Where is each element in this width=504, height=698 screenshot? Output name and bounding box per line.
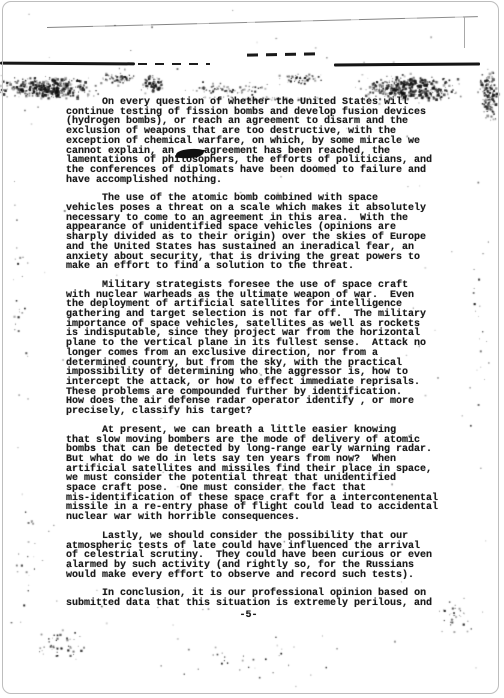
document-text: On every question of whether the United … bbox=[66, 98, 458, 618]
scan-smear-line-left bbox=[0, 62, 135, 66]
scan-fold-line bbox=[47, 16, 478, 28]
paragraph: Military strategists foresee the use of … bbox=[66, 281, 458, 417]
paragraph: In conclusion, it is our professional op… bbox=[66, 589, 458, 608]
scan-fold-tick bbox=[464, 17, 465, 48]
paragraph: At present, we can breath a little easie… bbox=[66, 426, 458, 523]
paragraph: Lastly, we should consider the possibili… bbox=[66, 532, 458, 581]
scanned-document-page: On every question of whether the United … bbox=[0, 0, 504, 698]
scan-smear-dashes-left bbox=[138, 63, 210, 65]
paragraph: On every question of whether the United … bbox=[66, 98, 458, 185]
scan-smear-line-right bbox=[334, 62, 480, 66]
page-number: -5- bbox=[0, 610, 497, 621]
scan-smear-dashes-center bbox=[247, 52, 315, 56]
paragraph: The use of the atomic bomb combined with… bbox=[66, 194, 458, 272]
